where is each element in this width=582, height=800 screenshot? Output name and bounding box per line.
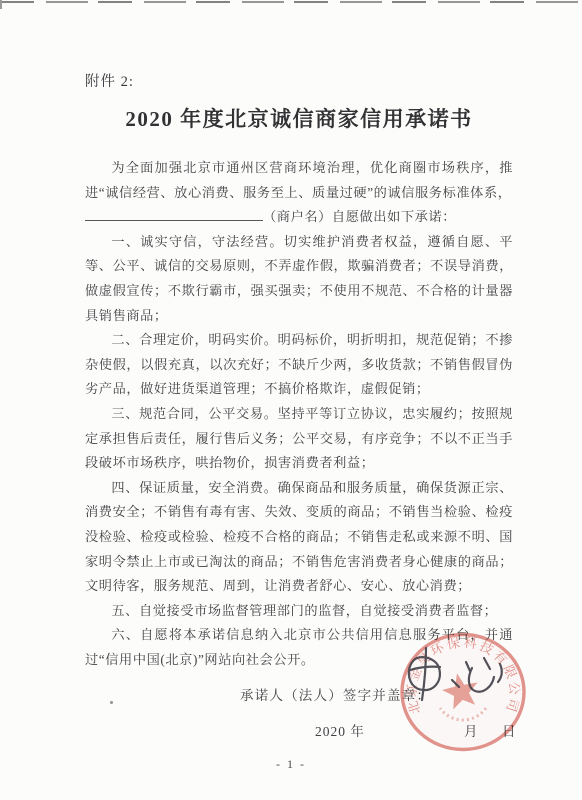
document-body: 附件 2: 2020 年度北京诚信商家信用承诺书 为全面加强北京市通州区营商环境…: [85, 70, 513, 672]
clause-2: 二、合理定价，明码实价。明码标价，明折明扣，规范促销；不掺杂使假，以假充真，以次…: [85, 328, 513, 402]
clause-4: 四、保证质量，安全消费。确保商品和服务质量，确保货源正宗、消费安全；不销售有毒有…: [85, 476, 513, 599]
body-text: 为全面加强北京市通州区营商环境治理，优化商圈市场秩序，推进“诚信经营、放心消费、…: [85, 156, 513, 672]
attachment-label: 附件 2:: [85, 70, 513, 91]
date-year: 2020 年: [315, 720, 365, 740]
merchant-line-text: （商户名）自愿做出如下承诺：: [263, 209, 456, 224]
clause-5: 五、自觉接受市场监督管理部门的监督，自觉接受消费者监督；: [85, 599, 513, 624]
scan-artifact-corner: [0, 0, 2, 9]
clause-1: 一、诚实守信，守法经营。切实维护消费者权益，遵循自愿、平等、公平、诚信的交易原则…: [85, 230, 513, 328]
handwritten-signature: [392, 640, 522, 710]
page-title: 2020 年度北京诚信商家信用承诺书: [85, 103, 513, 133]
page-number: - 1 -: [0, 757, 582, 772]
merchant-name-line: （商户名）自愿做出如下承诺：: [85, 205, 513, 230]
scan-artifact-top-line: [0, 1, 582, 3]
clause-3: 三、规范合同，公平交易。坚持平等订立协议，忠实履约；按照规定承担售后责任，履行售…: [85, 402, 513, 476]
intro-paragraph: 为全面加强北京市通州区营商环境治理，优化商圈市场秩序，推进“诚信经营、放心消费、…: [85, 156, 513, 205]
scanned-document-page: 附件 2: 2020 年度北京诚信商家信用承诺书 为全面加强北京市通州区营商环境…: [0, 0, 582, 800]
scan-artifact-dot: [110, 701, 113, 704]
merchant-name-blank: [85, 205, 263, 221]
